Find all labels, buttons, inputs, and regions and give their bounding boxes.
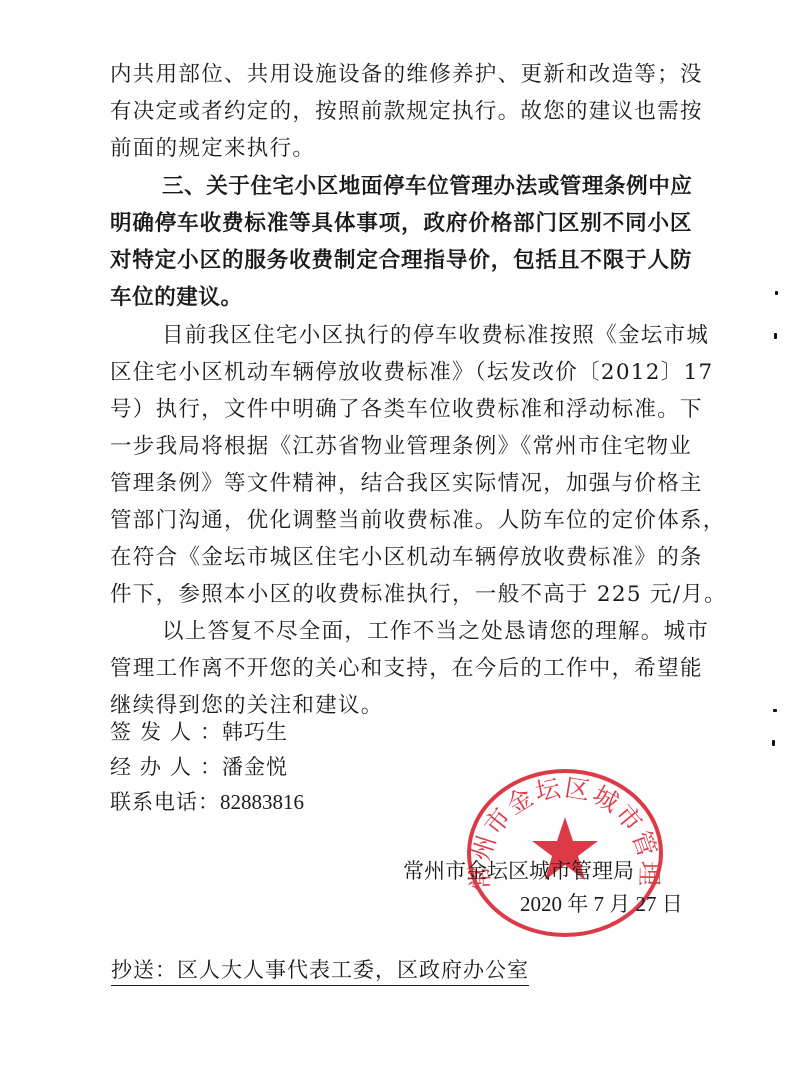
body-text-line: 在符合《金坛市城区住宅小区机动车辆停放收费标准》的条 bbox=[110, 543, 692, 573]
body-text-line: 管部门沟通，优化调整当前收费标准。人防车位的定价体系， bbox=[110, 506, 692, 536]
phone-label: 联系电话： bbox=[110, 790, 220, 814]
phone-value: 82883816 bbox=[220, 790, 304, 814]
body-text-line: 前面的规定来执行。 bbox=[110, 134, 692, 164]
document-page: 内共用部位、共用设施设备的维修养护、更新和改造等；没 有决定或者约定的，按照前款… bbox=[0, 0, 800, 1074]
body-text-line: 以上答复不尽全面，工作不当之处恳请您的理解。城市 bbox=[162, 617, 692, 647]
body-text-line: 有决定或者约定的，按照前款规定执行。故您的建议也需按 bbox=[110, 97, 692, 127]
body-text-line: 件下，参照本小区的收费标准执行，一般不高于 225 元/月。 bbox=[110, 580, 692, 610]
body-text-line: 一步我局将根据《江苏省物业管理条例》《常州市住宅物业 bbox=[110, 432, 692, 462]
body-text-line: 号）执行，文件中明确了各类车位收费标准和浮动标准。下 bbox=[110, 395, 692, 425]
issuer-name: 韩巧生 bbox=[222, 720, 288, 744]
handler-label: 经办人： bbox=[110, 752, 222, 782]
section-heading-line: 车位的建议。 bbox=[110, 283, 692, 313]
phone-row: 联系电话：82883816 bbox=[110, 787, 304, 817]
body-text-line: 管理工作离不开您的关心和支持，在今后的工作中，希望能 bbox=[110, 654, 692, 684]
section-heading-line: 对特定小区的服务收费制定合理指导价，包括且不限于人防 bbox=[110, 246, 692, 276]
scan-speck bbox=[773, 709, 777, 712]
handler-name: 潘金悦 bbox=[222, 755, 288, 779]
carbon-copy-line: 抄送：区人大人事代表工委，区政府办公室 bbox=[111, 954, 529, 986]
body-text-line: 内共用部位、共用设施设备的维修养护、更新和改造等；没 bbox=[110, 60, 692, 90]
body-text-line: 目前我区住宅小区执行的停车收费标准按照《金坛市城 bbox=[162, 321, 692, 351]
section-heading-line: 明确停车收费标准等具体事项，政府价格部门区别不同小区 bbox=[110, 209, 692, 239]
section-heading-line: 三、关于住宅小区地面停车位管理办法或管理条例中应 bbox=[162, 172, 692, 202]
issuing-organization: 常州市金坛区城市管理局 bbox=[403, 855, 634, 885]
body-text-line: 管理条例》等文件精神，结合我区实际情况，加强与价格主 bbox=[110, 469, 692, 499]
handler-row: 经办人：潘金悦 bbox=[110, 752, 288, 782]
body-text-line: 区住宅小区机动车辆停放收费标准》（坛发改价〔2012〕17 bbox=[110, 358, 692, 388]
issuer-label: 签发人： bbox=[110, 717, 222, 747]
scan-speck bbox=[775, 291, 778, 295]
scan-speck bbox=[774, 333, 777, 339]
issue-date: 2020 年 7 月 27 日 bbox=[520, 888, 683, 918]
scan-speck bbox=[772, 740, 775, 746]
issuer-row: 签发人：韩巧生 bbox=[110, 717, 288, 747]
